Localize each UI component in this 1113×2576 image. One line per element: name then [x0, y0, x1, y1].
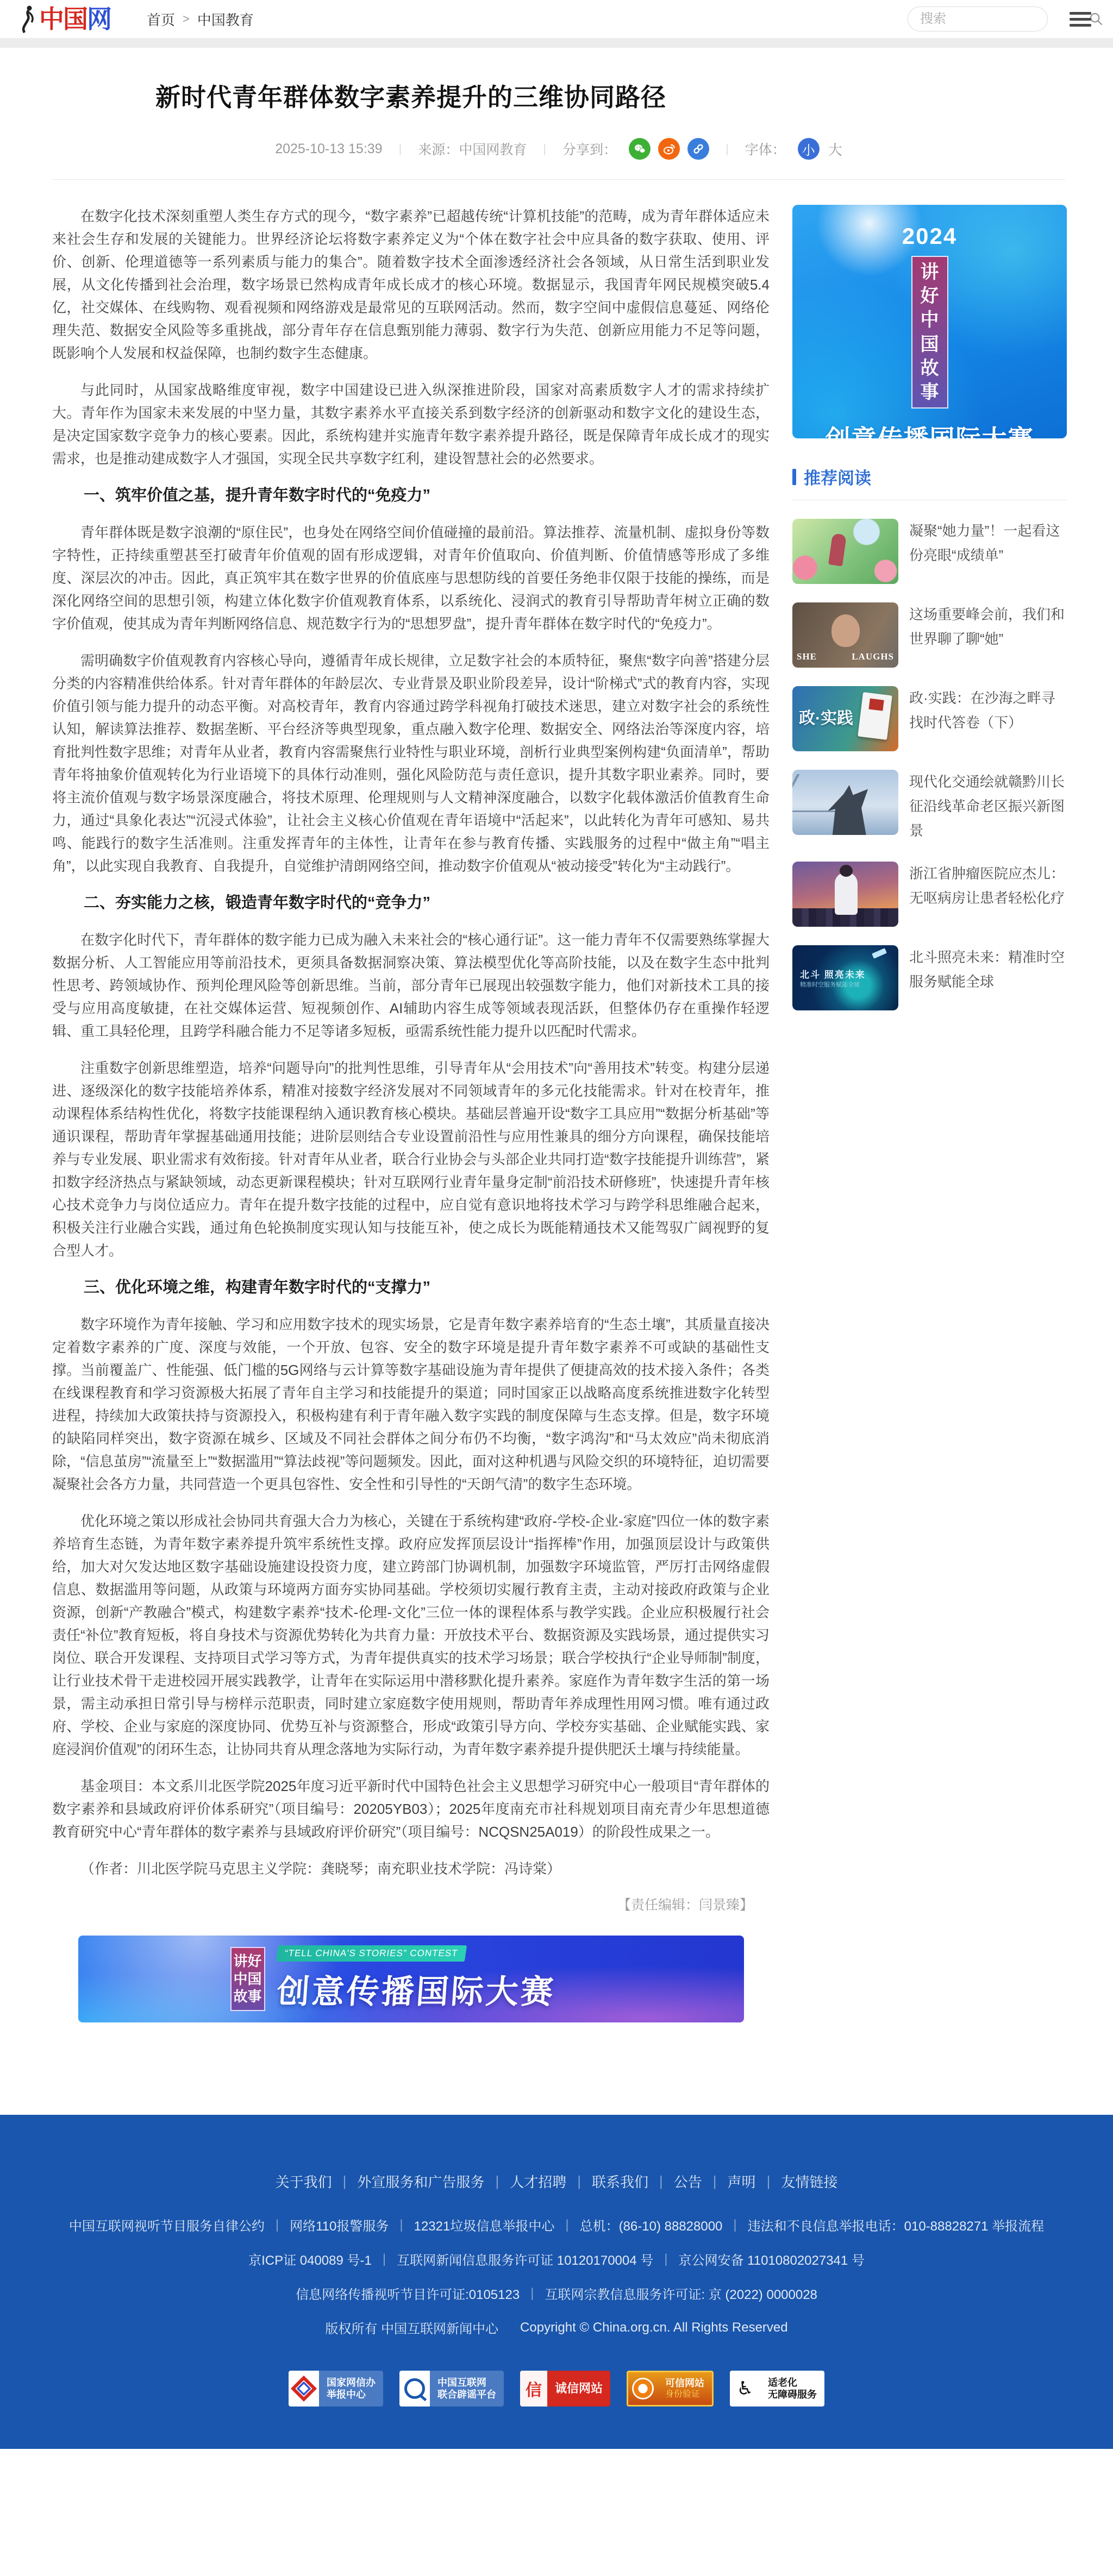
footer-nav: 关于我们| 外宣服务和广告服务| 人才招聘| 联系我们| 公告| 声明| 友情链…	[0, 2171, 1113, 2191]
award-banner-seal: 讲好中国故事	[911, 256, 948, 409]
cac-report-badge[interactable]: 国家网信办举报中心	[289, 2371, 383, 2407]
article-title: 新时代青年群体数字素养提升的三维协同路径	[52, 80, 770, 114]
recommend-item-3[interactable]: 政·实践 政·实践：在沙海之畔寻找时代答卷（下）	[792, 686, 1067, 751]
footer-link-services[interactable]: 外宣服务和广告服务	[357, 2171, 484, 2191]
footer-link-report[interactable]: 违法和不良信息举报电话：010-88828271 举报流程	[748, 2215, 1044, 2234]
footer-link-statement[interactable]: 声明	[728, 2171, 756, 2191]
footer-badges: 国家网信办举报中心 中国互联网联合辟谣平台 信 诚信网站 可信网站身份验证 ♿ …	[0, 2371, 1113, 2407]
recommend-section-header: 推荐阅读	[792, 464, 1067, 489]
footer-copyright-row: 版权所有 中国互联网新闻中心 Copyright © China.org.cn.…	[0, 2318, 1113, 2337]
footer-phone: 总机：(86-10) 88828000	[580, 2215, 723, 2234]
trusted-site-badge[interactable]: 可信网站身份验证	[627, 2371, 714, 2407]
footer-link-notice[interactable]: 公告	[674, 2171, 702, 2191]
contest-banner[interactable]: 讲好中国故事 “TELL CHINA'S STORIES” CONTEST 创意…	[78, 1936, 744, 2022]
footer-link-110[interactable]: 网络110报警服务	[290, 2215, 389, 2234]
recommend-item-title: 浙江省肿瘤医院应杰儿：无呕病房让患者轻松化疗	[909, 862, 1067, 927]
award-list-banner[interactable]: 2024 讲好中国故事 创意传播国际大赛 获奖名单	[792, 205, 1067, 438]
font-small-button[interactable]: 小	[798, 138, 820, 160]
recommend-item-4[interactable]: 现代化交通绘就赣黔川长征沿线革命老区振兴新图景	[792, 770, 1067, 843]
author-paragraph: （作者：川北医学院马克思主义学院：龚晓琴；南充职业技术学院：冯诗棠）	[52, 1857, 770, 1880]
recommend-item-title: 凝聚“她力量”！一起看这份亮眼“成绩单”	[909, 519, 1067, 584]
logo-text-cn: 中国	[39, 5, 87, 33]
site-footer: 关于我们| 外宣服务和广告服务| 人才招聘| 联系我们| 公告| 声明| 友情链…	[0, 2115, 1113, 2449]
contest-banner-badge: “TELL CHINA'S STORIES” CONTEST	[276, 1945, 466, 1962]
search-input[interactable]	[920, 11, 1089, 27]
recommend-item-title: 政·实践：在沙海之畔寻找时代答卷（下）	[909, 686, 1067, 751]
logo-text-net: 网	[87, 5, 111, 33]
award-banner-year: 2024	[792, 223, 1067, 249]
sidebar: 2024 讲好中国故事 创意传播国际大赛 获奖名单 推荐阅读 凝聚“她力量”！一…	[792, 205, 1067, 2022]
copy-link-share-icon[interactable]	[687, 138, 709, 160]
paragraph: 在数字化时代下，青年群体的数字能力已成为融入未来社会的“核心通行证”。这一能力青…	[52, 928, 770, 1042]
recommend-item-title: 北斗照亮未来：精准时空服务赋能全球	[909, 945, 1067, 1010]
garden-jogging-thumbnail	[792, 519, 898, 584]
recommend-item-2[interactable]: SHE LAUGHS 这场重要峰会前，我们和世界聊了聊“她”	[792, 602, 1067, 668]
source-label: 来源：中国网教育	[418, 139, 527, 159]
footer-link-jobs[interactable]: 人才招聘	[510, 2171, 566, 2191]
cac-diamond-icon	[295, 2379, 313, 2398]
wechat-share-icon[interactable]	[629, 138, 651, 160]
breadcrumb-section-link[interactable]: 中国教育	[197, 9, 254, 29]
section-heading-2: 二、夯实能力之核，锻造青年数字时代的“竞争力”	[52, 891, 770, 914]
award-banner-line1: 创意传播国际大赛	[792, 419, 1067, 438]
paragraph: 数字环境作为青年接触、学习和应用数字技术的现实场景，它是青年数字素养培育的“生态…	[52, 1313, 770, 1496]
recommend-item-6[interactable]: 北斗 照亮未来 精准时空服务赋能全球 北斗照亮未来：精准时空服务赋能全球	[792, 945, 1067, 1010]
piyao-magnifier-icon	[404, 2378, 425, 2399]
paragraph: 需明确数字价值观教育内容核心导向，遵循青年成长规律，立足数字社会的本质特征，聚焦…	[52, 649, 770, 877]
footer-report-row: 中国互联网视听节目服务自律公约| 网络110报警服务| 12321垃圾信息举报中…	[0, 2215, 1113, 2234]
recommend-item-title: 现代化交通绘就赣黔川长征沿线革命老区振兴新图景	[909, 770, 1067, 843]
recommend-title: 推荐阅读	[804, 464, 871, 489]
weibo-share-icon[interactable]	[658, 138, 680, 160]
header-divider-band	[0, 38, 1113, 48]
doctor-city-thumbnail	[792, 862, 898, 927]
footer-link-contact[interactable]: 联系我们	[592, 2171, 648, 2191]
copyright-en: Copyright © China.org.cn. All Rights Res…	[520, 2320, 788, 2335]
she-laughs-thumbnail: SHE LAUGHS	[792, 602, 898, 668]
piyao-platform-badge[interactable]: 中国互联网联合辟谣平台	[399, 2371, 504, 2407]
footer-license-row-2: 信息网络传播视听节目许可证:0105123| 互联网宗教信息服务许可证: 京 (…	[0, 2284, 1113, 2303]
recommend-item-1[interactable]: 凝聚“她力量”！一起看这份亮眼“成绩单”	[792, 519, 1067, 584]
paragraph: 与此同时，从国家战略维度审视，数字中国建设已进入纵深推进阶段，国家对高素质数字人…	[52, 379, 770, 470]
footer-license-row-1: 京ICP证 040089 号-1| 互联网新闻信息服务许可证 101201700…	[0, 2250, 1113, 2269]
beidou-thumbnail: 北斗 照亮未来 精准时空服务赋能全球	[792, 945, 898, 1010]
main-content: 新时代青年群体数字素养提升的三维协同路径 2025-10-13 15:39 | …	[0, 48, 1113, 2022]
footer-link-selfdiscipline[interactable]: 中国互联网视听节目服务自律公约	[69, 2215, 265, 2234]
paragraph: 青年群体既是数字浪潮的“原住民”，也身处在网络空间价值碰撞的最前沿。算法推荐、流…	[52, 521, 770, 635]
breadcrumb-separator: >	[183, 12, 190, 26]
article-meta-row: 2025-10-13 15:39 | 来源：中国网教育 | 分享到：	[52, 138, 1065, 160]
section-heading-1: 一、筑牢价值之基，提升青年数字时代的“免疫力”	[52, 484, 770, 507]
footer-link-12321[interactable]: 12321垃圾信息举报中心	[414, 2215, 555, 2234]
menu-icon[interactable]	[1070, 9, 1091, 30]
section-heading-3: 三、优化环境之维，构建青年数字时代的“支撑力”	[52, 1276, 770, 1299]
article-body: 在数字化技术深刻重塑人类生存方式的现今，“数字素养”已超越传统“计算机技能”的范…	[52, 205, 770, 2022]
share-label: 分享到：	[562, 139, 617, 159]
governance-practice-thumbnail: 政·实践	[792, 686, 898, 751]
search-box[interactable]	[908, 7, 1048, 32]
accessibility-badge[interactable]: ♿ 适老化无障碍服务	[730, 2371, 824, 2407]
breadcrumb-home-link[interactable]: 首页	[147, 9, 175, 29]
china-net-logo[interactable]: 中国网	[18, 5, 111, 33]
footer-link-friends[interactable]: 友情链接	[781, 2171, 837, 2191]
font-large-button[interactable]: 大	[828, 139, 842, 159]
editor-credit: 【责任编辑：闫景臻】	[52, 1894, 753, 1914]
dancer-logo-icon	[18, 5, 37, 33]
recommend-item-title: 这场重要峰会前，我们和世界聊了聊“她”	[909, 602, 1067, 668]
recommend-item-5[interactable]: 浙江省肿瘤医院应杰儿：无呕病房让患者轻松化疗	[792, 862, 1067, 927]
paragraph: 在数字化技术深刻重塑人类生存方式的现今，“数字素养”已超越传统“计算机技能”的范…	[52, 205, 770, 365]
font-size-label: 字体：	[745, 139, 786, 159]
satellite-icon	[872, 948, 887, 959]
bridge-statue-thumbnail	[792, 770, 898, 835]
trusted-swirl-icon	[632, 2378, 654, 2399]
publish-date: 2025-10-13 15:39	[275, 141, 382, 157]
recommend-divider	[792, 500, 1067, 500]
paragraph: 注重数字创新思维塑造，培养“问题导向”的批判性思维，引导青年从“会用技术”向“善…	[52, 1057, 770, 1262]
fund-project-paragraph: 基金项目：本文系川北医学院2025年度习近平新时代中国特色社会主义思想学习研究中…	[52, 1775, 770, 1843]
contest-banner-seal: 讲好中国故事	[230, 1947, 265, 2011]
paragraph: 优化环境之策以形成社会协同共育强大合力为核心，关键在于系统构建“政府-学校-企业…	[52, 1510, 770, 1761]
recommend-accent-bar	[792, 469, 796, 485]
contest-banner-title: 创意传播国际大赛	[275, 1966, 556, 2013]
source-name: 中国网教育	[459, 142, 527, 158]
copyright-cn: 版权所有 中国互联网新闻中心	[325, 2318, 498, 2337]
breadcrumb: 首页 > 中国教育	[147, 9, 254, 29]
integrity-site-badge[interactable]: 信 诚信网站	[520, 2371, 610, 2407]
integrity-seal-icon: 信	[526, 2377, 542, 2401]
accessibility-icon: ♿	[737, 2379, 753, 2398]
footer-link-about[interactable]: 关于我们	[276, 2171, 332, 2191]
top-navigation-bar: 中国网 首页 > 中国教育	[0, 0, 1113, 38]
